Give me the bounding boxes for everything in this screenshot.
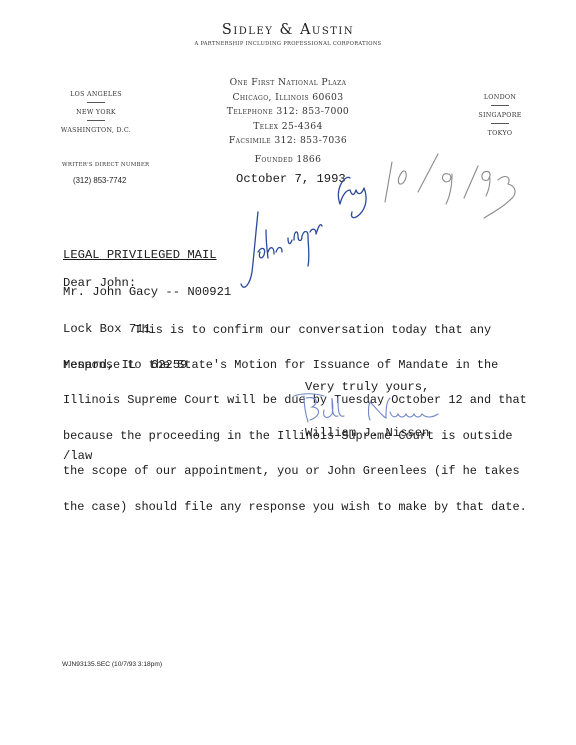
divider xyxy=(87,102,105,103)
recipient-handwritten-signature xyxy=(238,160,388,300)
divider xyxy=(87,120,105,121)
body-line: the case) should file any response you w… xyxy=(63,502,527,514)
office-city: Tokyo xyxy=(460,129,540,138)
body-line: because the proceeding in the Illinois S… xyxy=(63,431,527,443)
file-code: WJN93135.SEC (10/7/93 3:18pm) xyxy=(62,661,162,668)
body-line: the scope of our appointment, you or Joh… xyxy=(63,466,527,478)
writer-direct-label: Writer's Direct Number xyxy=(62,162,149,168)
mail-heading: LEGAL PRIVILEGED MAIL xyxy=(63,249,231,261)
writer-direct-number: (312) 853-7742 xyxy=(73,176,126,185)
office-city: Los Angeles xyxy=(56,90,136,99)
divider xyxy=(491,123,509,124)
salutation: Dear John: xyxy=(63,277,136,289)
office-city: London xyxy=(460,93,540,102)
body-line: This is to confirm our conversation toda… xyxy=(63,325,527,337)
body-line: response to the State's Motion for Issua… xyxy=(63,360,527,372)
handwritten-date xyxy=(380,152,530,227)
typist-initials: /law xyxy=(63,450,92,462)
offices-right: London Singapore Tokyo xyxy=(460,93,540,138)
signer-name: William J. Nissen xyxy=(305,427,429,439)
office-city: New York xyxy=(56,108,136,117)
office-city: Washington, D.C. xyxy=(56,126,136,135)
address-line: One First National Plaza xyxy=(0,76,576,91)
firm-name: Sidley & Austin xyxy=(0,22,576,38)
sender-signature xyxy=(292,390,442,430)
firm-subtitle: A Partnership Including Professional Cor… xyxy=(0,41,576,47)
divider xyxy=(491,105,509,106)
offices-left: Los Angeles New York Washington, D.C. xyxy=(56,90,136,135)
office-city: Singapore xyxy=(460,111,540,120)
